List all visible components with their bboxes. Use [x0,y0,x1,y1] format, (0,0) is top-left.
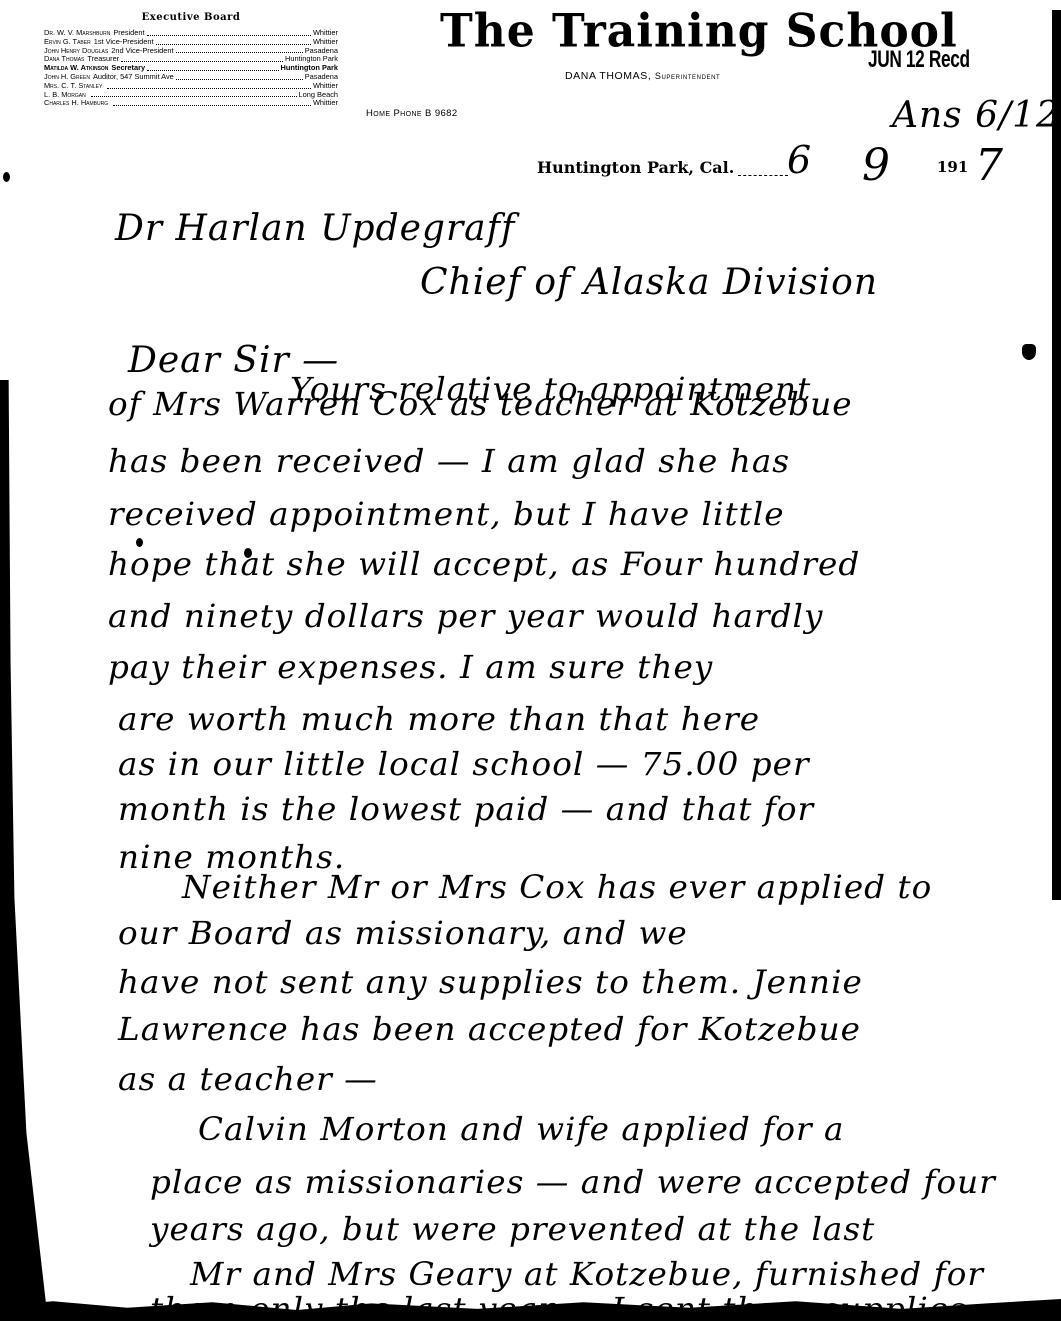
executive-board-list: Dr. W. V. MarshburnPresidentWhittierErvi… [44,29,338,108]
superintendent-role: Superintendent [655,71,720,81]
date-day: 9 [862,140,891,191]
ink-blot [1022,344,1036,360]
addressee-title: Chief of Alaska Division [420,262,878,303]
date-dotted-line [738,175,788,176]
board-member-role: 2nd Vice-President [111,47,173,56]
letter-body-line: has been received — I am glad she has [108,442,790,480]
received-stamp: JUN 12 Recd [868,46,970,74]
date-month: 6 [787,138,812,182]
home-phone: Home Phone B 9682 [366,108,458,119]
letter-body-line: our Board as missionary, and we [118,914,688,952]
leader-dots [156,38,311,45]
letter-body-line: pay their expenses. I am sure they [108,648,713,686]
letter-body-line: as a teacher — [118,1060,378,1098]
leader-dots [121,55,283,62]
letter-body-line: month is the lowest paid — and that for [118,790,814,828]
letter-body-line: are worth much more than that here [118,700,760,738]
leader-dots [176,47,303,54]
letter-body-line: hope that she will accept, as Four hundr… [108,545,860,583]
letter-body-line: have not sent any supplies to them. Jenn… [118,963,863,1001]
board-member-row: Charles H. HamburgWhittier [44,99,338,108]
year-prefix: 191 [937,158,968,176]
scan-border-right [1052,10,1061,900]
letter-body-line: Calvin Morton and wife applied for a [198,1110,844,1148]
addressee-name: Dr Harlan Updegraff [115,208,515,249]
leader-dots [113,99,311,106]
leader-dots [176,73,303,80]
executive-board: Executive Board Dr. W. V. MarshburnPresi… [44,12,338,108]
leader-dots [147,29,311,36]
letter-body-line: Mr and Mrs Geary at Kotzebue, furnished … [190,1255,984,1293]
leader-dots [91,91,297,98]
board-member-role: Auditor, 547 Summit Ave [93,73,174,82]
superintendent-line: DANA THOMAS, Superintendent [565,70,720,82]
letter-place: Huntington Park, Cal. [537,158,734,177]
executive-board-title: Executive Board [44,12,338,23]
letter-body-line: of Mrs Warren Cox as teacher at Kotzebue [108,385,853,423]
leader-dots [147,64,278,71]
superintendent-name: DANA THOMAS, [565,70,651,82]
board-member-row: Mrs. C. T. StanleyWhittier [44,82,338,91]
letter-body-line: Neither Mr or Mrs Cox has ever applied t… [182,868,932,906]
leader-dots [107,82,311,89]
letter-body-line: received appointment, but I have little [108,495,785,533]
scan-border-left [0,380,48,1321]
letter-body-line: as in our little local school — 75.00 pe… [118,745,810,783]
letter-body-line: and ninety dollars per year would hardly [108,597,823,635]
letter-body-line: them only the last year — I sent them su… [150,1290,967,1321]
letter-body-line: place as missionaries — and were accepte… [150,1163,996,1201]
date-year-suffix: 7 [975,140,1004,191]
letter-body-line: Lawrence has been accepted for Kotzebue [118,1010,861,1048]
letter-body-line: years ago, but were prevented at the las… [150,1210,875,1248]
board-member-name: Charles H. Hamburg [44,99,108,108]
answered-annotation: Ans 6/12 [892,95,1060,136]
ink-blot [3,172,10,182]
board-member-city: Whittier [313,99,338,108]
